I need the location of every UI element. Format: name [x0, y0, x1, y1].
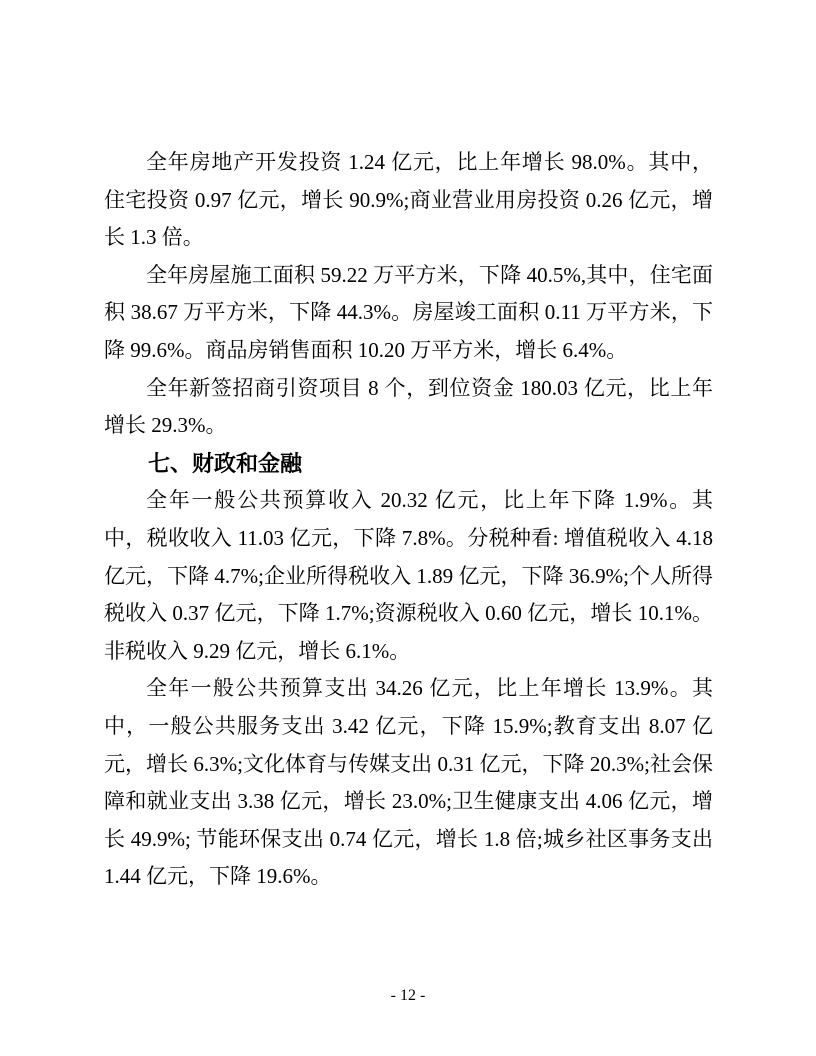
section-heading-finance: 七、财政和金融 — [104, 445, 713, 483]
page-number: - 12 - — [0, 986, 816, 1006]
paragraph-public-budget-expenditure: 全年一般公共预算支出 34.26 亿元，比上年增长 13.9%。其中，一般公共服… — [104, 670, 713, 896]
paragraph-investment-attraction-projects: 全年新签招商引资项目 8 个，到位资金 180.03 亿元，比上年增长 29.3… — [104, 370, 713, 445]
paragraph-public-budget-revenue: 全年一般公共预算收入 20.32 亿元，比上年下降 1.9%。其中，税收收入 1… — [104, 482, 713, 670]
paragraph-realestate-investment: 全年房地产开发投资 1.24 亿元，比上年增长 98.0%。其中，住宅投资 0.… — [104, 144, 713, 257]
document-body: 全年房地产开发投资 1.24 亿元，比上年增长 98.0%。其中，住宅投资 0.… — [104, 144, 713, 896]
document-page: 全年房地产开发投资 1.24 亿元，比上年增长 98.0%。其中，住宅投资 0.… — [0, 0, 816, 1056]
paragraph-housing-construction-area: 全年房屋施工面积 59.22 万平方米，下降 40.5%,其中，住宅面积 38.… — [104, 257, 713, 370]
